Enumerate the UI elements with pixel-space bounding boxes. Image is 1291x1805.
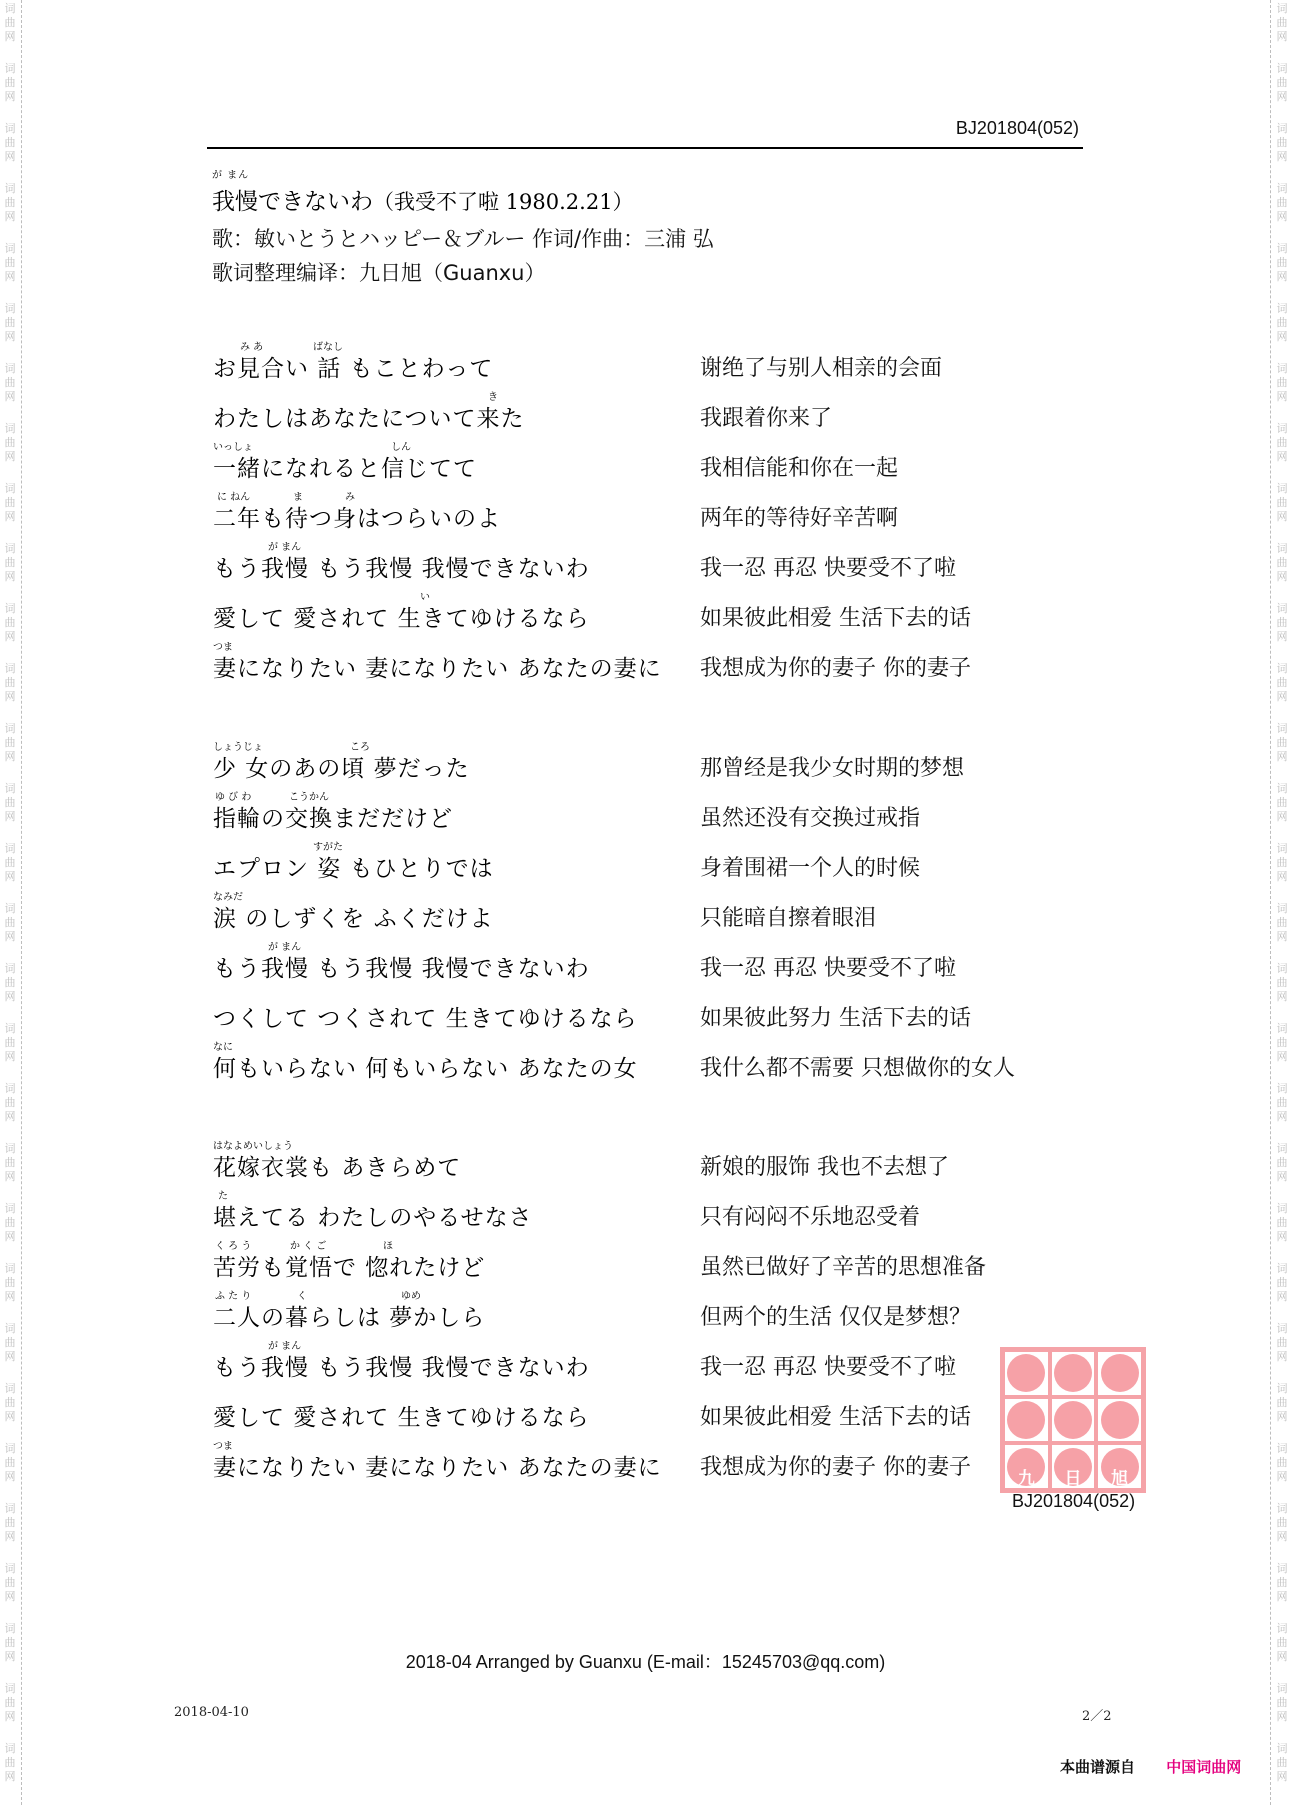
watermark-char: 网 <box>1277 1710 1288 1724</box>
watermark-char: 网 <box>1277 210 1288 224</box>
watermark-char: 曲 <box>1277 316 1288 330</box>
chinese-translation: 但两个的生活 仅仅是梦想？ <box>700 1303 971 1333</box>
watermark-char: 网 <box>1277 690 1288 704</box>
watermark-char: 词 <box>5 242 16 256</box>
watermark-char: 曲 <box>5 256 16 270</box>
watermark-char: 曲 <box>5 1756 16 1770</box>
footer-date: 2018-04-10 <box>174 1705 249 1720</box>
lyric-row: 愛して 愛されて 生きてゆけるならい如果彼此相爱 生活下去的话 <box>0 590 1291 634</box>
watermark-char: 曲 <box>1277 136 1288 150</box>
watermark-char: 网 <box>5 30 16 44</box>
watermark-char: 曲 <box>1277 76 1288 90</box>
watermark-char: 曲 <box>1277 196 1288 210</box>
stamp-cell <box>1096 1350 1143 1397</box>
stamp-dot <box>1007 1401 1045 1439</box>
source-credit: 本曲谱源自 中国词曲网 <box>1060 1756 1241 1777</box>
watermark-char: 曲 <box>5 1516 16 1530</box>
watermark-char: 曲 <box>5 1096 16 1110</box>
chinese-translation: 身着围裙一个人的时候 <box>700 854 920 884</box>
furigana: く <box>297 1287 307 1302</box>
watermark-group: 词曲网 <box>1277 122 1288 164</box>
watermark-char: 曲 <box>5 76 16 90</box>
watermark-char: 词 <box>1277 1622 1288 1636</box>
chinese-translation: 如果彼此相爱 生活下去的话 <box>700 1403 971 1433</box>
japanese-lyric: 二人の暮らしは 夢かしら <box>213 1303 485 1333</box>
page-number: 2／2 <box>1082 1705 1112 1724</box>
furigana: ころ <box>350 738 370 753</box>
singer-composer-line: 歌：敏いとうとハッピー＆ブルー 作词/作曲：三浦 弘 <box>212 222 714 256</box>
watermark-group: 词曲网 <box>1277 2 1288 44</box>
watermark-char: 网 <box>1277 150 1288 164</box>
watermark-char: 曲 <box>1277 1696 1288 1710</box>
stamp-cell: 九 <box>1003 1443 1050 1490</box>
lyric-row: 苦労も覚悟で 惚れたけどく ろ うか く ごほ虽然已做好了辛苦的思想准备 <box>0 1239 1291 1283</box>
watermark-group: 词曲网 <box>1277 1082 1288 1124</box>
watermark-char: 网 <box>5 270 16 284</box>
chinese-translation: 那曾经是我少女时期的梦想 <box>700 754 964 784</box>
chinese-translation: 如果彼此努力 生活下去的话 <box>700 1004 971 1034</box>
japanese-lyric: もう我慢 もう我慢 我慢できないわ <box>213 1353 590 1383</box>
watermark-char: 词 <box>1277 302 1288 316</box>
furigana: た <box>218 1187 228 1202</box>
lyric-row: 一緒になれると信じてていっしょしん我相信能和你在一起 <box>0 440 1291 484</box>
furigana: き <box>488 388 498 403</box>
furigana: しん <box>391 438 411 453</box>
watermark-char: 词 <box>1277 1682 1288 1696</box>
watermark-char: 曲 <box>1277 256 1288 270</box>
japanese-lyric: 愛して 愛されて 生きてゆけるなら <box>213 604 590 634</box>
watermark-group: 词曲网 <box>5 122 16 164</box>
japanese-lyric: もう我慢 もう我慢 我慢できないわ <box>213 554 590 584</box>
watermark-char: 词 <box>5 122 16 136</box>
watermark-char: 曲 <box>5 316 16 330</box>
watermark-char: 词 <box>1277 182 1288 196</box>
song-title: が まん 我慢できないわ （我受不了啦 1980.2.21） <box>212 182 714 222</box>
stamp-char: 九 <box>1005 1470 1048 1488</box>
stamp-cell <box>1003 1397 1050 1444</box>
japanese-lyric: 愛して 愛されて 生きてゆけるなら <box>213 1403 590 1433</box>
lyric-row: 二人の暮らしは 夢かしらふ た りくゆめ但两个的生活 仅仅是梦想？ <box>0 1289 1291 1333</box>
watermark-char: 词 <box>1277 1502 1288 1516</box>
chinese-translation: 我一忍 再忍 快要受不了啦 <box>700 954 956 984</box>
watermark-char: 词 <box>1277 1082 1288 1096</box>
stamp-char: 日 <box>1052 1470 1095 1488</box>
furigana: が まん <box>268 938 301 953</box>
chinese-translation: 只能暗自擦着眼泪 <box>700 904 876 934</box>
lyric-row: もう我慢 もう我慢 我慢できないわが まん我一忍 再忍 快要受不了啦 <box>0 540 1291 584</box>
song-title-block: が まん 我慢できないわ （我受不了啦 1980.2.21） 歌：敏いとうとハッ… <box>212 182 714 290</box>
lyric-row: わたしはあなたについて来たき我跟着你来了 <box>0 390 1291 434</box>
watermark-char: 词 <box>1277 1562 1288 1576</box>
watermark-char: 曲 <box>5 16 16 30</box>
furigana: ほ <box>383 1237 393 1252</box>
watermark-char: 网 <box>5 90 16 104</box>
watermark-char: 曲 <box>5 1576 16 1590</box>
watermark-group: 词曲网 <box>1277 242 1288 284</box>
chinese-translation: 虽然已做好了辛苦的思想准备 <box>700 1253 986 1283</box>
watermark-group: 词曲网 <box>5 62 16 104</box>
source-site-link[interactable]: 中国词曲网 <box>1166 1758 1241 1776</box>
watermark-char: 词 <box>5 722 16 736</box>
watermark-group: 词曲网 <box>5 1562 16 1604</box>
lyric-row: つくして つくされて 生きてゆけるなら如果彼此努力 生活下去的话 <box>0 990 1291 1034</box>
stamp-dot <box>1101 1354 1139 1392</box>
watermark-char: 词 <box>5 1742 16 1756</box>
watermark-group: 词曲网 <box>1277 62 1288 104</box>
watermark-char: 网 <box>5 1770 16 1784</box>
watermark-char: 网 <box>5 1530 16 1544</box>
watermark-group: 词曲网 <box>5 1082 16 1124</box>
chinese-translation: 我一忍 再忍 快要受不了啦 <box>700 1353 956 1383</box>
arranged-by-footer: 2018-04 Arranged by Guanxu (E-mail：15245… <box>0 1648 1291 1674</box>
furigana: く ろ う <box>215 1237 251 1252</box>
furigana: なに <box>213 1038 233 1053</box>
watermark-group: 词曲网 <box>1277 302 1288 344</box>
stamp-cell <box>1050 1350 1097 1397</box>
watermark-char: 词 <box>5 1502 16 1516</box>
chinese-translation: 如果彼此相爱 生活下去的话 <box>700 604 971 634</box>
watermark-char: 网 <box>5 210 16 224</box>
furigana: しょうじょ <box>213 738 263 753</box>
watermark-char: 曲 <box>5 1696 16 1710</box>
watermark-char: 词 <box>1277 2 1288 16</box>
watermark-char: 网 <box>1277 1110 1288 1124</box>
watermark-char: 词 <box>5 1622 16 1636</box>
header-rule <box>207 147 1083 149</box>
lyric-row: もう我慢 もう我慢 我慢できないわが まん我一忍 再忍 快要受不了啦 <box>0 940 1291 984</box>
japanese-lyric: 少 女のあの頃 夢だった <box>213 754 470 784</box>
watermark-char: 曲 <box>5 196 16 210</box>
lyric-row: 涙 のしずくを ふくだけよなみだ只能暗自擦着眼泪 <box>0 890 1291 934</box>
stamp-cell <box>1096 1397 1143 1444</box>
watermark-char: 网 <box>1277 90 1288 104</box>
lyric-row: 指輪の交換まだだけどゆ び わこうかん虽然还没有交换过戒指 <box>0 790 1291 834</box>
watermark-char: 词 <box>1277 62 1288 76</box>
watermark-char: 网 <box>5 690 16 704</box>
lyric-row: 妻になりたい 妻になりたい あなたの妻につま我想成为你的妻子 你的妻子 <box>0 640 1291 684</box>
furigana: み <box>345 488 355 503</box>
furigana: に ねん <box>217 488 250 503</box>
watermark-char: 词 <box>1277 122 1288 136</box>
watermark-group: 词曲网 <box>1277 182 1288 224</box>
chinese-translation: 我想成为你的妻子 你的妻子 <box>700 1453 971 1483</box>
arranger-line: 歌词整理编译：九日旭（Guanxu） <box>212 256 714 290</box>
furigana: が まん <box>268 1337 301 1352</box>
watermark-char: 网 <box>1277 1770 1288 1784</box>
furigana: はなよめいしょう <box>213 1137 293 1152</box>
title-main: が まん 我慢できないわ <box>212 182 373 222</box>
japanese-lyric: 指輪の交換まだだけど <box>213 804 453 834</box>
stamp-dot <box>1101 1401 1139 1439</box>
japanese-lyric: エプロン 姿 もひとりでは <box>213 854 494 884</box>
furigana: つま <box>213 638 233 653</box>
chinese-translation: 我想成为你的妻子 你的妻子 <box>700 654 971 684</box>
japanese-lyric: つくして つくされて 生きてゆけるなら <box>213 1004 638 1034</box>
stamp-char: 旭 <box>1098 1470 1141 1488</box>
furigana: ま <box>293 488 303 503</box>
stamp-cell: 旭 <box>1096 1443 1143 1490</box>
furigana: ゆめ <box>401 1287 421 1302</box>
watermark-char: 网 <box>1277 1530 1288 1544</box>
document-code-header: BJ201804(052) <box>956 118 1079 139</box>
watermark-char: 网 <box>5 1710 16 1724</box>
watermark-char: 网 <box>5 150 16 164</box>
watermark-group: 词曲网 <box>5 182 16 224</box>
chinese-translation: 我相信能和你在一起 <box>700 454 898 484</box>
lyric-row: 花嫁衣裳も あきらめてはなよめいしょう新娘的服饰 我也不去想了 <box>0 1139 1291 1183</box>
furigana: が まん <box>268 538 301 553</box>
title-furigana: が まん <box>212 171 249 181</box>
watermark-char: 曲 <box>1277 16 1288 30</box>
watermark-group: 词曲网 <box>5 2 16 44</box>
watermark-char: 词 <box>1277 722 1288 736</box>
source-label: 本曲谱源自 <box>1060 1758 1135 1776</box>
furigana: い <box>420 588 430 603</box>
japanese-lyric: 二年も待つ身はつらいのよ <box>213 504 501 534</box>
stamp-cell: 日 <box>1050 1443 1097 1490</box>
stamp-dot <box>1054 1401 1092 1439</box>
japanese-lyric: お見合い 話 もことわって <box>213 354 493 384</box>
furigana: か く ご <box>290 1237 326 1252</box>
japanese-lyric: もう我慢 もう我慢 我慢できないわ <box>213 954 590 984</box>
watermark-char: 网 <box>1277 1590 1288 1604</box>
japanese-lyric: 妻になりたい 妻になりたい あなたの妻に <box>213 1453 662 1483</box>
chinese-translation: 我什么都不需要 只想做你的女人 <box>700 1054 1015 1084</box>
japanese-lyric: 一緒になれると信じてて <box>213 454 477 484</box>
watermark-char: 词 <box>5 1682 16 1696</box>
watermark-group: 词曲网 <box>1277 1742 1288 1784</box>
lyric-row: 何もいらない 何もいらない あなたの女なに我什么都不需要 只想做你的女人 <box>0 1040 1291 1084</box>
watermark-char: 词 <box>5 1562 16 1576</box>
lyric-row: エプロン 姿 もひとりではすがた身着围裙一个人的时候 <box>0 840 1291 884</box>
watermark-char: 词 <box>1277 242 1288 256</box>
furigana: なみだ <box>213 888 243 903</box>
watermark-group: 词曲网 <box>5 242 16 284</box>
chinese-translation: 虽然还没有交换过戒指 <box>700 804 920 834</box>
watermark-group: 词曲网 <box>1277 1682 1288 1724</box>
furigana: いっしょ <box>213 438 253 453</box>
watermark-group: 词曲网 <box>1277 1562 1288 1604</box>
watermark-group: 词曲网 <box>1277 1502 1288 1544</box>
watermark-char: 网 <box>1277 30 1288 44</box>
japanese-lyric: 苦労も覚悟で 惚れたけど <box>213 1253 485 1283</box>
watermark-char: 词 <box>5 182 16 196</box>
stamp-cell <box>1050 1397 1097 1444</box>
watermark-char: 词 <box>5 62 16 76</box>
furigana: つま <box>213 1437 233 1452</box>
furigana: ふ た り <box>215 1287 251 1302</box>
japanese-lyric: 涙 のしずくを ふくだけよ <box>213 904 494 934</box>
lyric-row: お見合い 話 もことわってみ あばなし谢绝了与别人相亲的会面 <box>0 340 1291 384</box>
watermark-char: 词 <box>5 2 16 16</box>
furigana: すがた <box>313 838 343 853</box>
chinese-translation: 谢绝了与别人相亲的会面 <box>700 354 942 384</box>
watermark-char: 词 <box>5 302 16 316</box>
furigana: ゆ び わ <box>215 788 251 803</box>
watermark-char: 词 <box>1277 1742 1288 1756</box>
lyric-row: 二年も待つ身はつらいのよに ねんまみ两年的等待好辛苦啊 <box>0 490 1291 534</box>
watermark-group: 词曲网 <box>5 1742 16 1784</box>
japanese-lyric: 花嫁衣裳も あきらめて <box>213 1153 461 1183</box>
watermark-group: 词曲网 <box>5 1502 16 1544</box>
japanese-lyric: 妻になりたい 妻になりたい あなたの妻に <box>213 654 662 684</box>
watermark-char: 网 <box>5 1590 16 1604</box>
watermark-char: 曲 <box>1277 1516 1288 1530</box>
lyric-row: 堪えてる わたしのやるせなさた只有闷闷不乐地忍受着 <box>0 1189 1291 1233</box>
chinese-translation: 新娘的服饰 我也不去想了 <box>700 1153 949 1183</box>
watermark-char: 网 <box>1277 270 1288 284</box>
title-subtitle: （我受不了啦 1980.2.21） <box>373 190 634 214</box>
watermark-char: 网 <box>5 1110 16 1124</box>
chinese-translation: 两年的等待好辛苦啊 <box>700 504 898 534</box>
stamp-dot <box>1054 1354 1092 1392</box>
furigana: み あ <box>240 338 263 353</box>
watermark-group: 词曲网 <box>5 1682 16 1724</box>
watermark-char: 曲 <box>1277 1756 1288 1770</box>
japanese-lyric: わたしはあなたについて来た <box>213 404 525 434</box>
japanese-lyric: 何もいらない 何もいらない あなたの女 <box>213 1054 638 1084</box>
furigana: ばなし <box>313 338 343 353</box>
japanese-lyric: 堪えてる わたしのやるせなさ <box>213 1203 533 1233</box>
watermark-group: 词曲网 <box>5 302 16 344</box>
stamp-code: BJ201804(052) <box>1012 1491 1135 1512</box>
chinese-translation: 只有闷闷不乐地忍受着 <box>700 1203 920 1233</box>
seal-stamp: 九日旭 <box>1000 1347 1146 1493</box>
lyric-row: 少 女のあの頃 夢だったしょうじょころ那曾经是我少女时期的梦想 <box>0 740 1291 784</box>
stamp-cell <box>1003 1350 1050 1397</box>
chinese-translation: 我一忍 再忍 快要受不了啦 <box>700 554 956 584</box>
watermark-char: 曲 <box>5 136 16 150</box>
watermark-char: 曲 <box>1277 1096 1288 1110</box>
watermark-char: 词 <box>5 1082 16 1096</box>
watermark-char: 曲 <box>1277 1576 1288 1590</box>
chinese-translation: 我跟着你来了 <box>700 404 832 434</box>
stamp-dot <box>1007 1354 1045 1392</box>
furigana: こうかん <box>289 788 329 803</box>
